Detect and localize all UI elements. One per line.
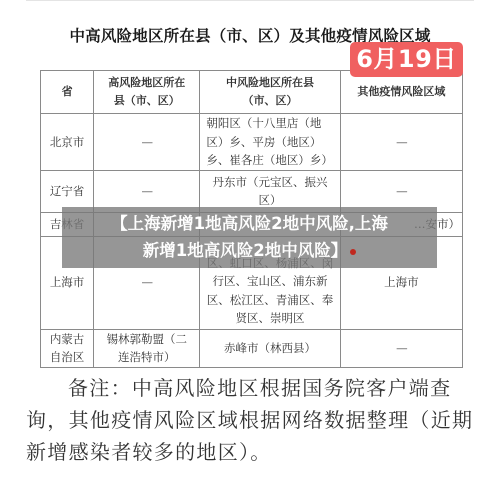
top-divider: [26, 0, 474, 1]
cell-province: 内蒙古自治区: [41, 329, 94, 367]
cell-other-risk: —: [340, 329, 462, 367]
headline-overlay-banner: 【上海新增1地高风险2地中风险,上海 新增1地高风险2地中风险】: [62, 207, 437, 268]
cell-medium-risk: 朝阳区（十八里店（地区）乡、平房（地区）乡、崔各庄（地区）乡）: [200, 114, 340, 171]
table-row: 北京市 — 朝阳区（十八里店（地区）乡、平房（地区）乡、崔各庄（地区）乡） —: [41, 114, 463, 171]
cell-high-risk: 锡林郭勒盟（二连浩特市）: [94, 329, 200, 367]
table-row: 内蒙古自治区 锡林郭勒盟（二连浩特市） 赤峰市（林西县） —: [41, 329, 463, 367]
overlay-line-2: 新增1地高风险2地中风险】: [62, 237, 437, 264]
overlay-line-1: 【上海新增1地高风险2地中风险,上海: [62, 210, 437, 237]
cell-medium-risk: 丹东市（元宝区、振兴区）: [200, 170, 340, 212]
overlay-line-2-text: 新增1地高风险2地中风险】: [143, 241, 347, 260]
cell-high-risk: —: [94, 114, 200, 171]
date-badge: 6月19日: [350, 42, 463, 77]
cell-province: 辽宁省: [41, 170, 94, 212]
cell-other-risk: —: [340, 170, 462, 212]
table-row: 辽宁省 — 丹东市（元宝区、振兴区） —: [41, 170, 463, 212]
red-dot-icon: [350, 249, 356, 255]
cell-province: 北京市: [41, 114, 94, 171]
header-province: 省: [41, 71, 94, 114]
cell-high-risk: —: [94, 170, 200, 212]
cell-other-risk: —: [340, 114, 462, 171]
cell-medium-risk: 赤峰市（林西县）: [200, 329, 340, 367]
header-high-risk: 高风险地区所在县（市、区）: [94, 71, 200, 114]
header-medium-risk: 中风险地区所在县（市、区）: [200, 71, 340, 114]
footnote: 备注：中高风险地区根据国务院客户端查询，其他疫情风险区域根据网络数据整理（近期新…: [26, 372, 476, 468]
